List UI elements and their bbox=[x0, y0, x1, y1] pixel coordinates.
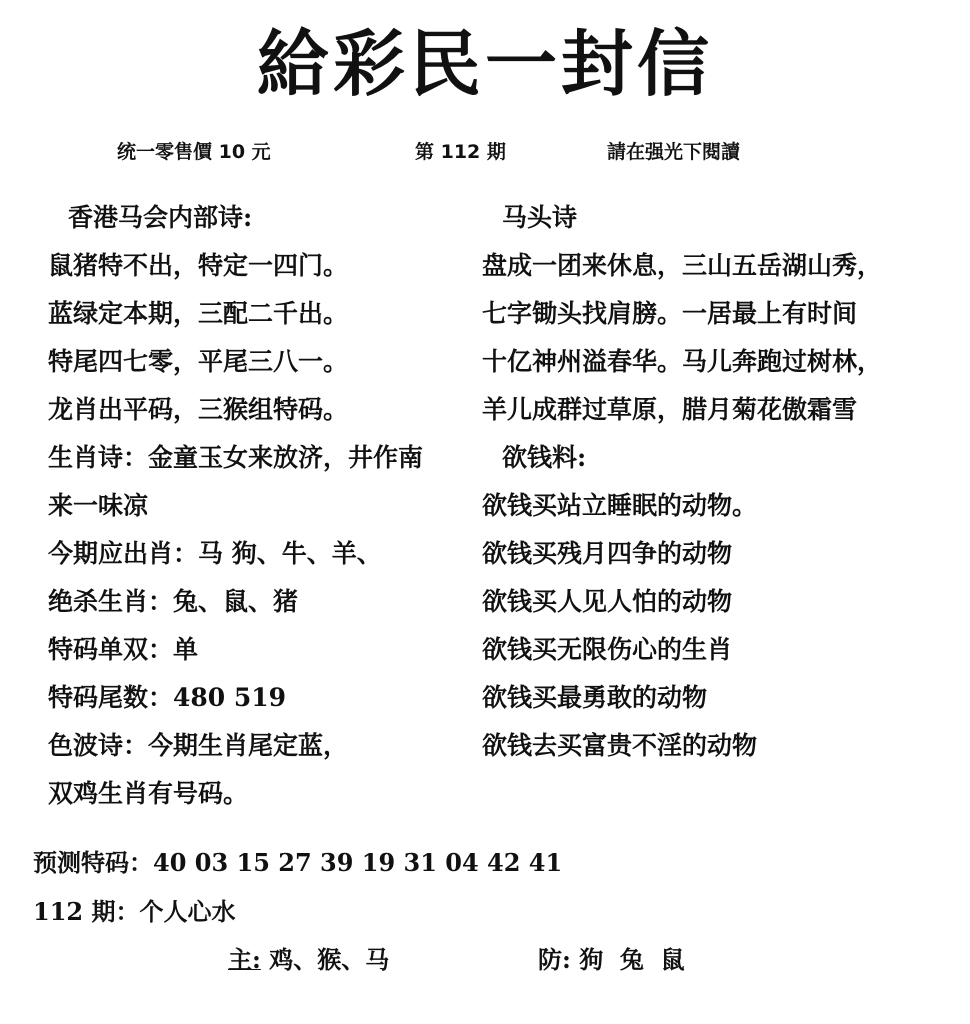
guard-picks: 防: 狗 兔 鼠 bbox=[538, 940, 685, 975]
text-line: 生肖诗：金童玉女来放济，井作南 bbox=[48, 434, 423, 482]
left-column: 香港马会内部诗: 鼠猪特不出，特定一四门。 蓝绿定本期，三配二千出。 特尾四七零… bbox=[48, 194, 423, 818]
text-line: 绝杀生肖：兔、鼠、猪 bbox=[48, 578, 423, 626]
main-values: 鸡、猴、马 bbox=[269, 945, 389, 974]
text-line: 鼠猪特不出，特定一四门。 bbox=[48, 242, 423, 290]
riddle-line: 欲钱买最勇敢的动物 bbox=[482, 674, 882, 722]
text-line: 来一味凉 bbox=[48, 482, 423, 530]
right-column: 马头诗 盘成一团来休息，三山五岳湖山秀， 七字锄头找肩膀。一居最上有时间 十亿神… bbox=[482, 194, 882, 770]
text-line: 色波诗：今期生肖尾定蓝， bbox=[48, 722, 423, 770]
section-heading: 香港马会内部诗: bbox=[48, 194, 423, 242]
text-line: 龙肖出平码，三猴组特码。 bbox=[48, 386, 423, 434]
riddle-line: 欲钱买人见人怕的动物 bbox=[482, 578, 882, 626]
text-line: 特码尾数：480 519 bbox=[48, 674, 423, 722]
issue-line: 112 期：个人心水 bbox=[33, 892, 235, 927]
price-label: 统一零售價 10 元 bbox=[117, 143, 271, 162]
page-title: 給彩民一封信 bbox=[0, 28, 970, 100]
reading-note: 請在强光下閱讀 bbox=[607, 143, 740, 162]
riddle-line: 欲钱买站立睡眠的动物。 bbox=[482, 482, 882, 530]
issue-label: 第 112 期 bbox=[415, 143, 506, 162]
text-line: 今期应出肖：马 狗、牛、羊、 bbox=[48, 530, 423, 578]
text-line: 特尾四七零，平尾三八一。 bbox=[48, 338, 423, 386]
poem-line: 十亿神州溢春华。马儿奔跑过树林， bbox=[482, 338, 882, 386]
guard-label: 防: bbox=[538, 945, 571, 974]
text-line: 特码单双：单 bbox=[48, 626, 423, 674]
main-label: 主: bbox=[228, 945, 261, 974]
guard-values: 狗 兔 鼠 bbox=[579, 945, 684, 974]
riddle-line: 欲钱去买富贵不淫的动物 bbox=[482, 722, 882, 770]
riddle-line: 欲钱买残月四争的动物 bbox=[482, 530, 882, 578]
section-heading: 马头诗 bbox=[482, 194, 882, 242]
prediction-line: 预测特码：40 03 15 27 39 19 31 04 42 41 bbox=[33, 843, 562, 878]
text-line: 双鸡生肖有号码。 bbox=[48, 770, 423, 818]
text-line: 蓝绿定本期，三配二千出。 bbox=[48, 290, 423, 338]
main-picks: 主: 鸡、猴、马 bbox=[228, 940, 389, 975]
section-heading: 欲钱料: bbox=[482, 434, 882, 482]
riddle-line: 欲钱买无限伤心的生肖 bbox=[482, 626, 882, 674]
poem-line: 盘成一团来休息，三山五岳湖山秀， bbox=[482, 242, 882, 290]
poem-line: 七字锄头找肩膀。一居最上有时间 bbox=[482, 290, 882, 338]
poem-line: 羊儿成群过草原，腊月菊花傲霜雪 bbox=[482, 386, 882, 434]
